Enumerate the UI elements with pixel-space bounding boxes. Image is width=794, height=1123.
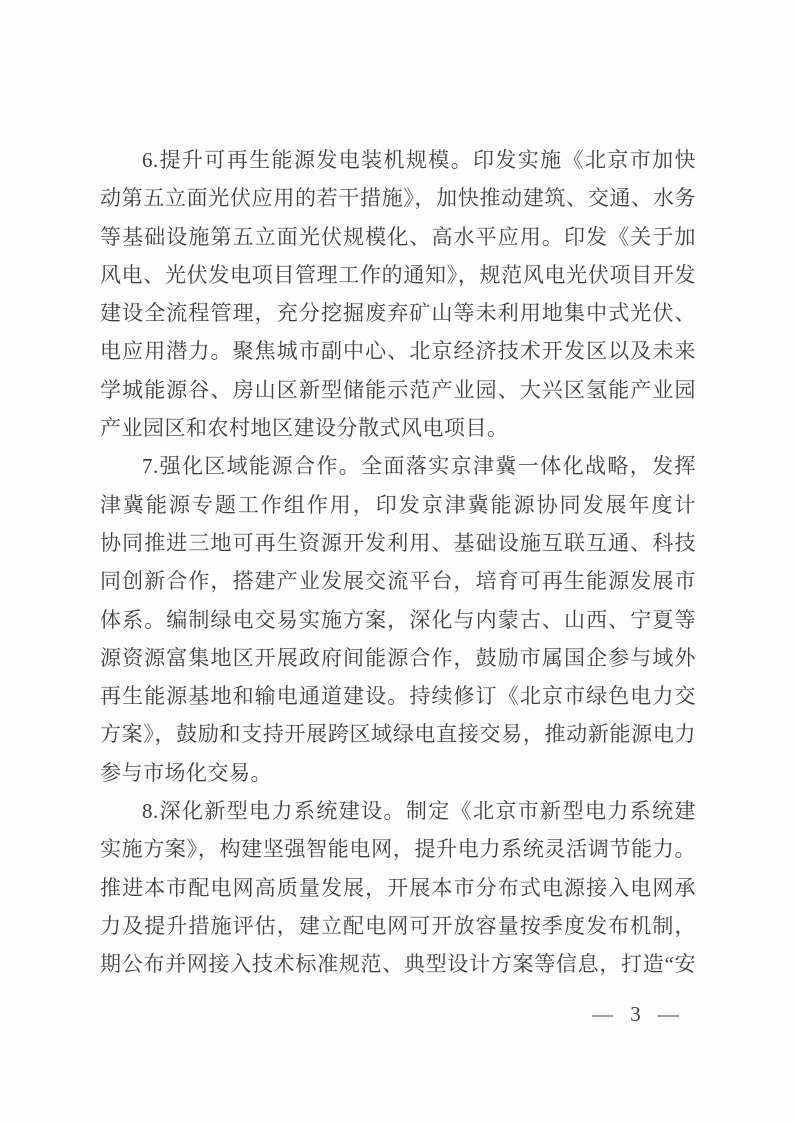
text-line: 方案》，鼓励和支持开展跨区域绿电直接交易，推动新能源电力 [100, 715, 696, 753]
text-line: 等基础设施第五立面光伏规模化、高水平应用。印发《关于加强 [100, 218, 696, 256]
text-line: 电应用潜力。聚焦城市副中心、北京经济技术开发区以及未来科 [100, 332, 696, 370]
document-body: 6.提升可再生能源发电装机规模。印发实施《北京市加快推动第五立面光伏应用的若干措… [100, 141, 696, 984]
paragraph-8: 8.深化新型电力系统建设。制定《北京市新型电力系统建设实施方案》，构建坚强智能电… [100, 792, 696, 983]
text-line: 产业园区和农村地区建设分散式风电项目。 [100, 409, 696, 447]
text-line: 再生能源基地和输电通道建设。持续修订《北京市绿色电力交易 [100, 677, 696, 715]
text-line: 源资源富集地区开展政府间能源合作，鼓励市属国企参与域外可 [100, 639, 696, 677]
text-line: 津冀能源专题工作组作用，印发京津冀能源协同发展年度计划， [100, 486, 696, 524]
text-line: 风电、光伏发电项目管理工作的通知》，规范风电光伏项目开发 [100, 256, 696, 294]
text-line: 建设全流程管理，充分挖掘废弃矿山等未利用地集中式光伏、风 [100, 294, 696, 332]
text-line: 协同推进三地可再生资源开发利用、基础设施互联互通、科技协 [100, 524, 696, 562]
page-number: — 3 — [592, 1002, 682, 1026]
paragraph-7: 7.强化区域能源合作。全面落实京津冀一体化战略，发挥京津冀能源专题工作组作用，印… [100, 447, 696, 792]
text-line: 期公布并网接入技术标准规范、典型设计方案等信息，打造“安 [100, 945, 696, 983]
text-line: 力及提升措施评估，建立配电网可开放容量按季度发布机制，定 [100, 907, 696, 945]
text-line: 体系。编制绿电交易实施方案，深化与内蒙古、山西、宁夏等能 [100, 601, 696, 639]
document-page: 6.提升可再生能源发电装机规模。印发实施《北京市加快推动第五立面光伏应用的若干措… [0, 0, 794, 1123]
text-line: 动第五立面光伏应用的若干措施》，加快推动建筑、交通、水务 [100, 179, 696, 217]
text-line: 6.提升可再生能源发电装机规模。印发实施《北京市加快推 [100, 141, 696, 179]
text-line: 实施方案》，构建坚强智能电网，提升电力系统灵活调节能力。 [100, 830, 696, 868]
text-line: 7.强化区域能源合作。全面落实京津冀一体化战略，发挥京 [100, 447, 696, 485]
text-line: 同创新合作，搭建产业发展交流平台，培育可再生能源发展市场 [100, 562, 696, 600]
text-line: 8.深化新型电力系统建设。制定《北京市新型电力系统建设 [100, 792, 696, 830]
text-line: 参与市场化交易。 [100, 754, 696, 792]
page-footer: — 3 — [592, 1000, 682, 1028]
paragraph-6: 6.提升可再生能源发电装机规模。印发实施《北京市加快推动第五立面光伏应用的若干措… [100, 141, 696, 447]
text-line: 学城能源谷、房山区新型储能示范产业园、大兴区氢能产业园等 [100, 371, 696, 409]
text-line: 推进本市配电网高质量发展，开展本市分布式电源接入电网承载 [100, 869, 696, 907]
